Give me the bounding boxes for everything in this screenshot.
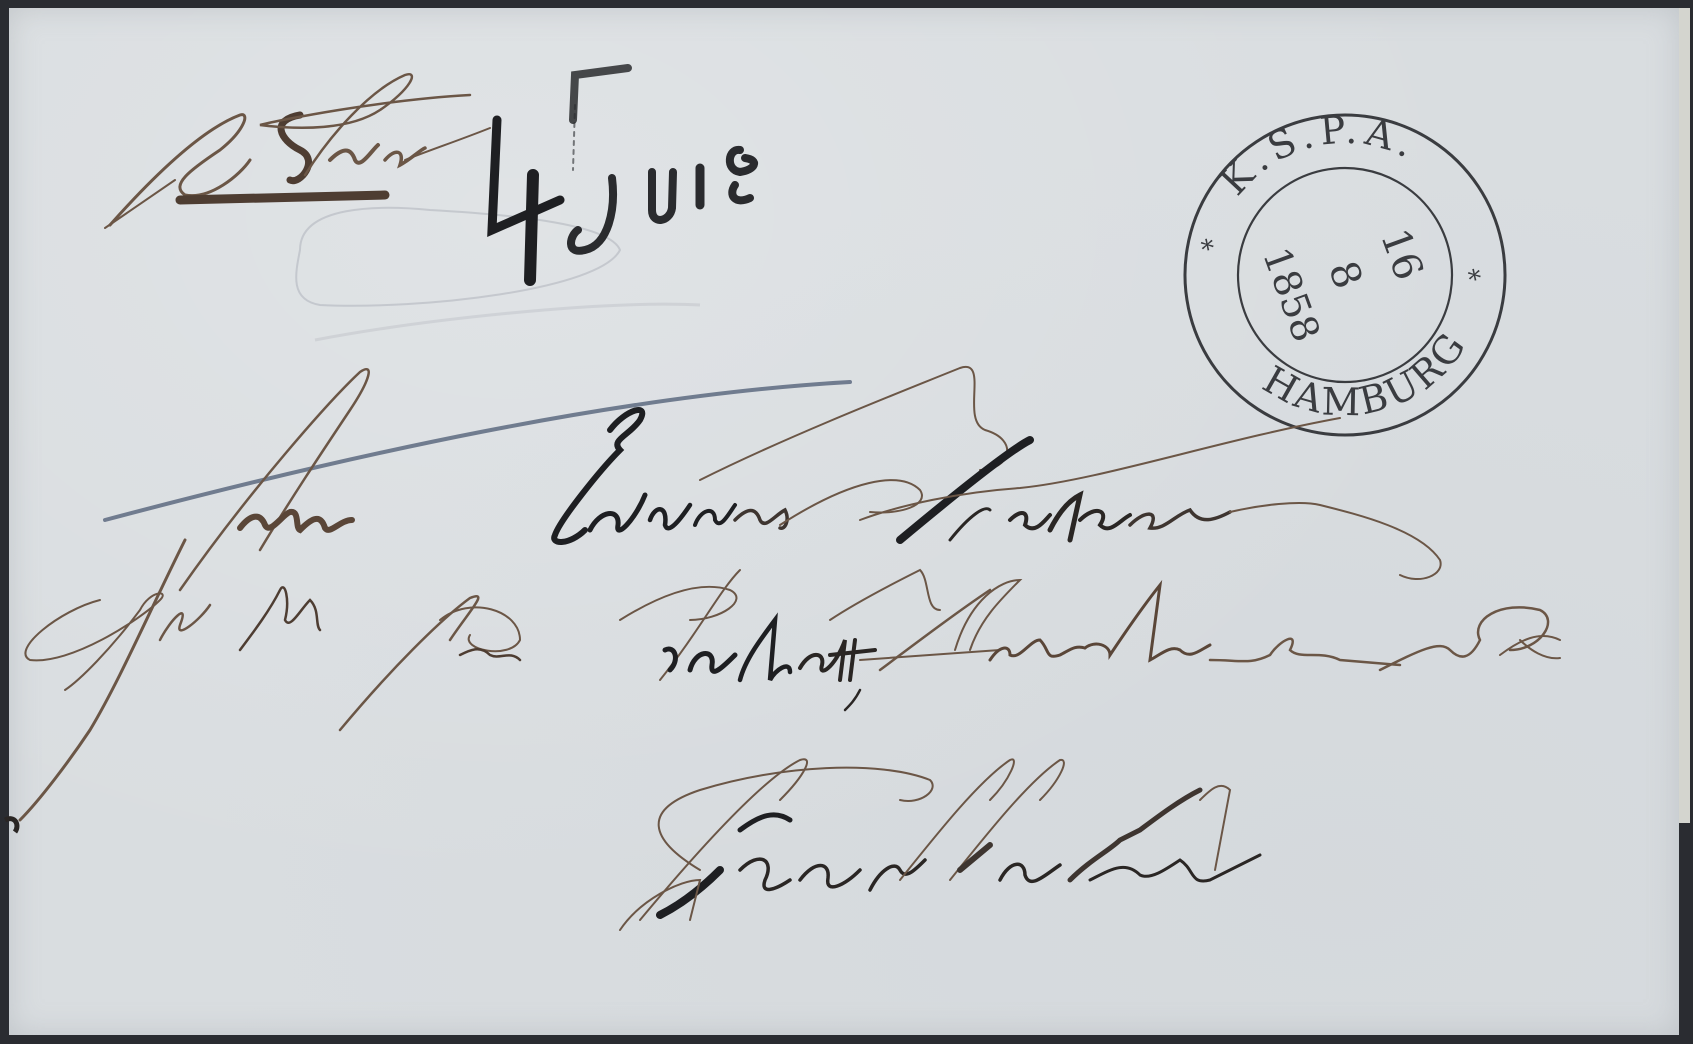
rate-handstamp [571, 68, 754, 251]
address-line-2-ink [20, 540, 1560, 820]
address-line-1-ink [180, 367, 1441, 590]
postmark-month: 8 [1319, 255, 1371, 295]
blue-pencil-line [105, 382, 850, 520]
postmark-star-right: * [1466, 264, 1485, 296]
address-line-3-ink [620, 759, 1260, 930]
postmark-date: 16 8 1858 [1254, 201, 1439, 347]
rate-mark-manuscript-4 [492, 120, 560, 280]
route-endorsement [105, 74, 490, 228]
ink-markings: K.S.P.A. HAMBURG * * 16 8 1858 [0, 0, 1693, 1044]
postmark-year: 1858 [1254, 242, 1328, 348]
faint-oval-mark [296, 208, 620, 306]
postmark-star-left: * [1199, 234, 1218, 266]
postmark-day: 16 [1371, 223, 1432, 287]
svg-text:K.S.P.A.: K.S.P.A. [1203, 88, 1434, 209]
postmark-top-text: K.S.P.A. [1203, 88, 1434, 209]
